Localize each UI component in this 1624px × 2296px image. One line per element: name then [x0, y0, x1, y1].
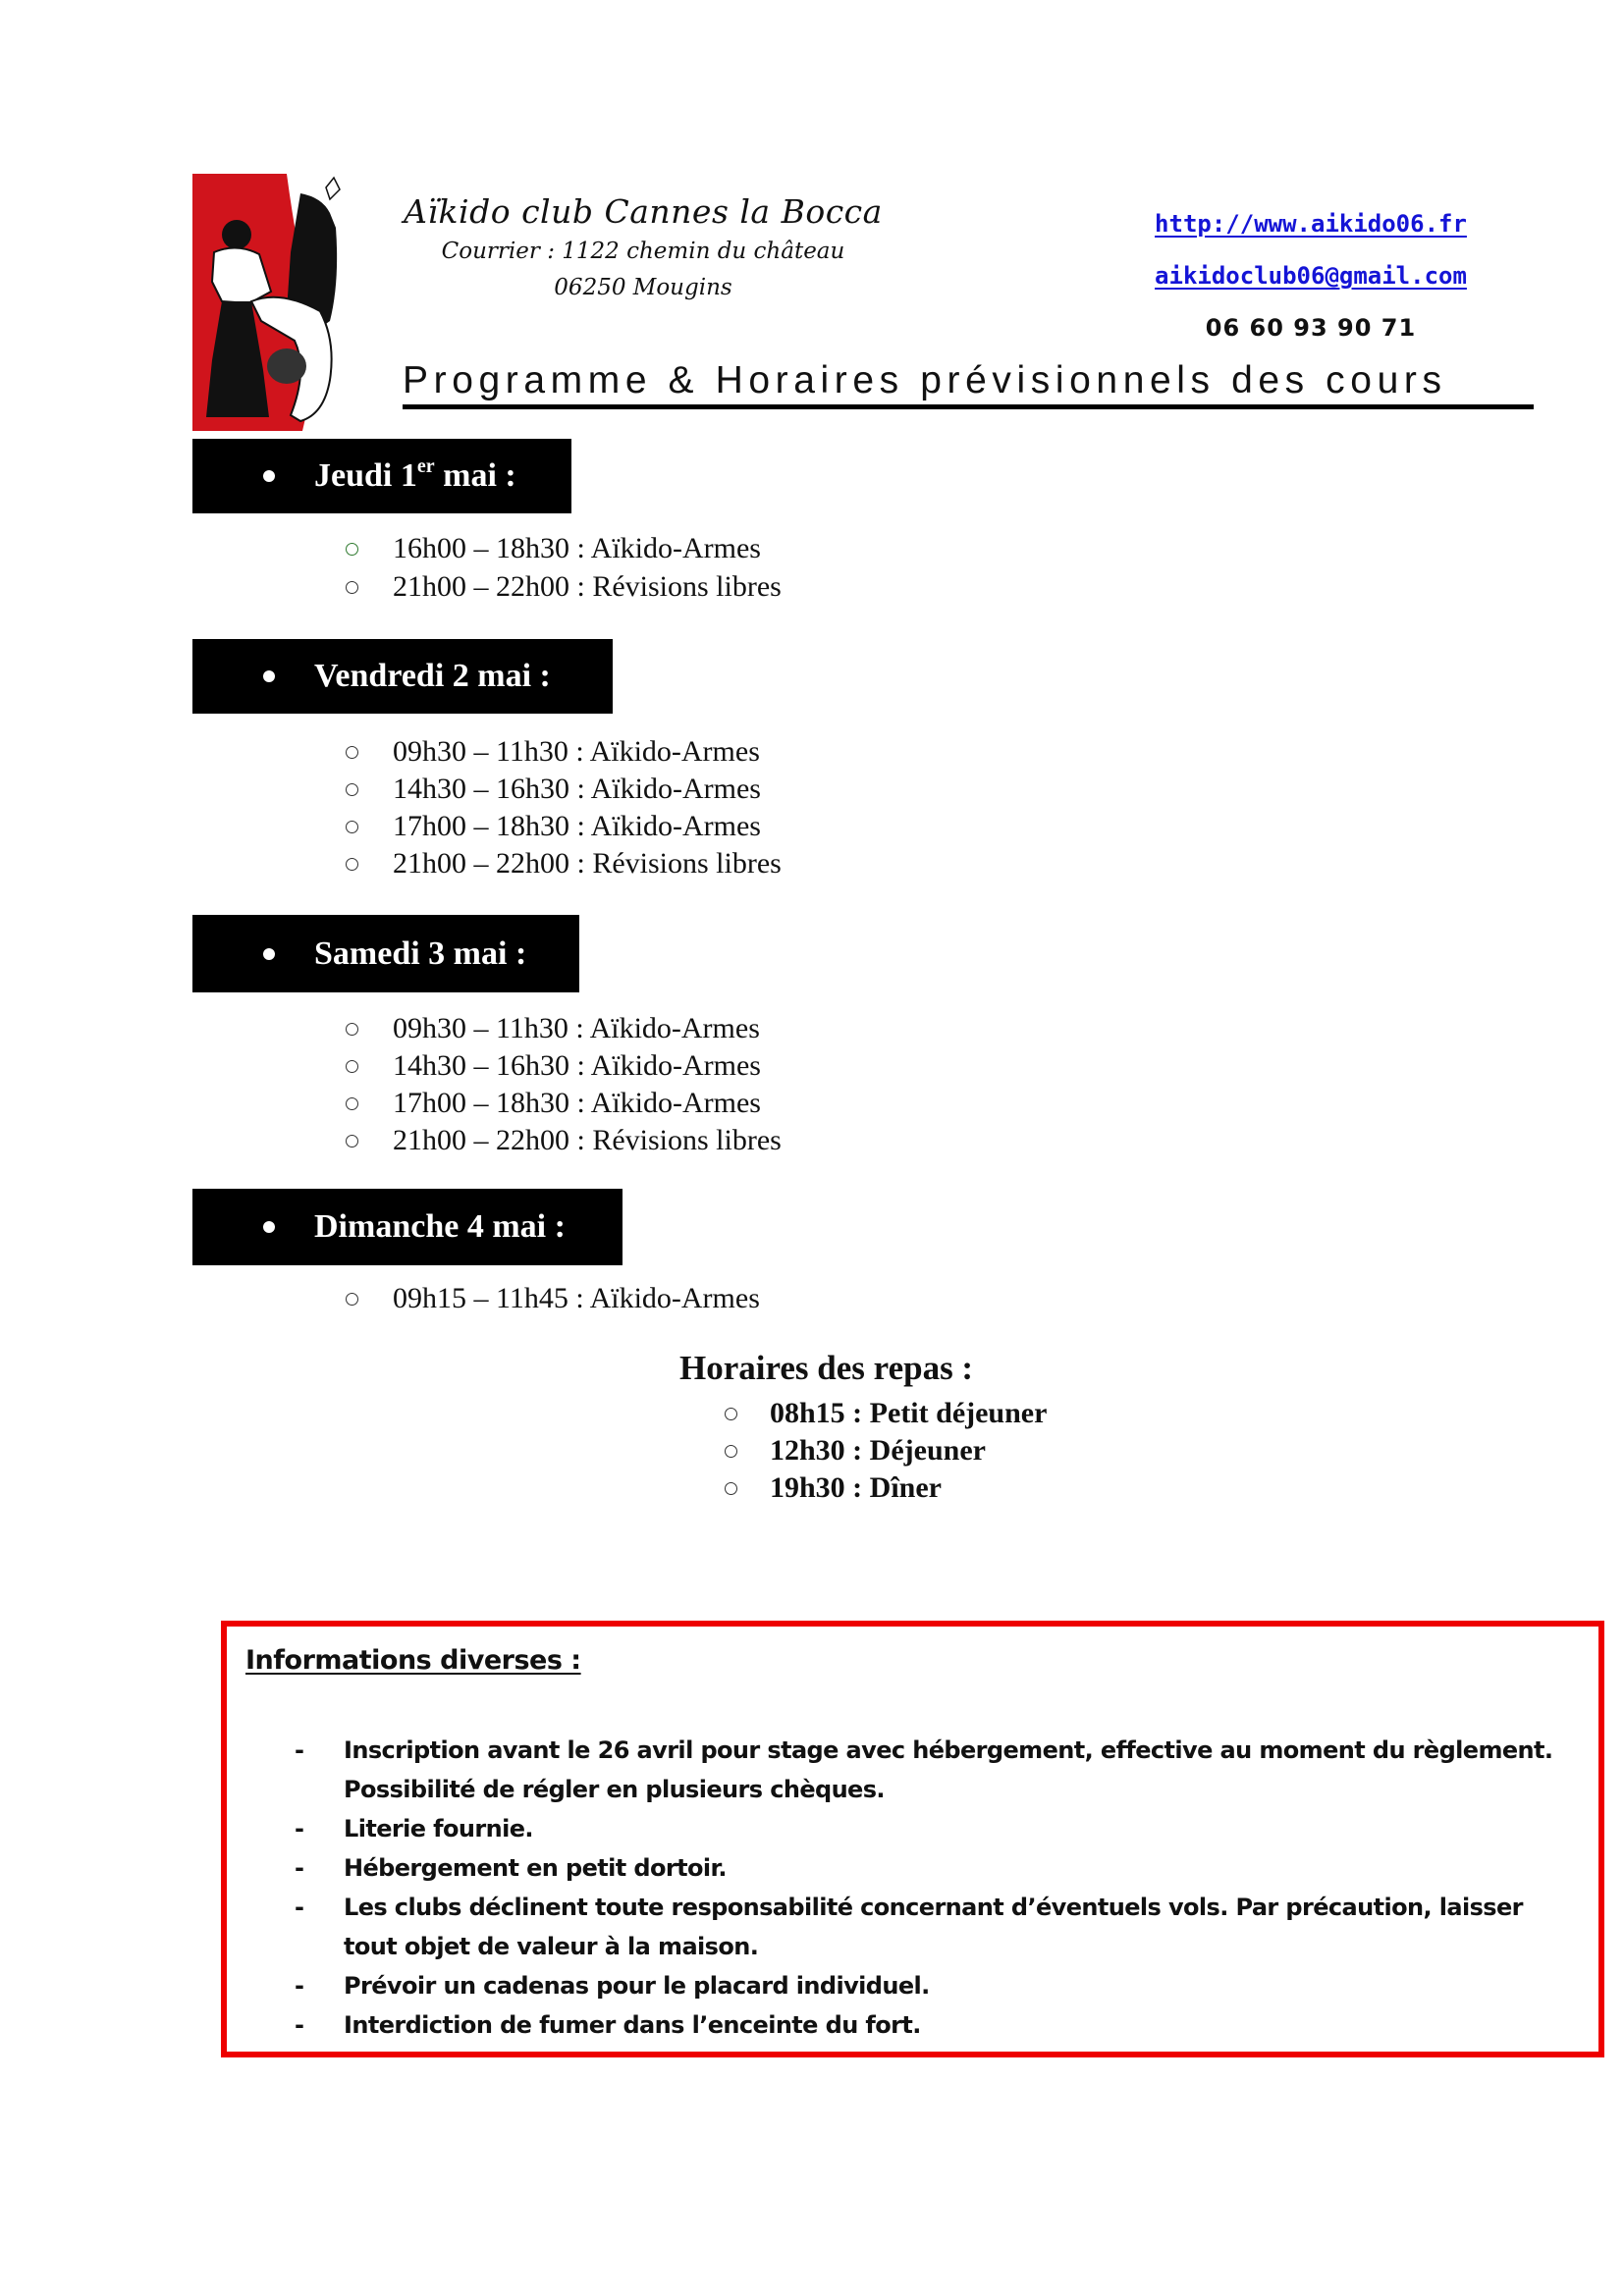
- circle-bullet-icon: [346, 581, 358, 594]
- info-list-item: -Inscription avant le 26 avril pour stag…: [295, 1731, 1561, 1809]
- dash-bullet-icon: -: [295, 2005, 303, 2045]
- dash-bullet-icon: -: [295, 1848, 303, 1888]
- club-name: Aïkido club Cannes la Bocca: [353, 192, 933, 231]
- info-heading: Informations diverses :: [245, 1645, 581, 1676]
- day-label: Samedi 3 mai :: [314, 915, 526, 992]
- day-header-dimanche: Dimanche 4 mai :: [192, 1189, 623, 1265]
- info-list-item: -Prévoir un cadenas pour le placard indi…: [295, 1966, 1561, 2005]
- website-link[interactable]: http://www.aikido06.fr: [1119, 210, 1502, 238]
- circle-bullet-icon: [346, 1023, 358, 1036]
- club-city: 06250 Mougins: [353, 275, 933, 300]
- circle-bullet-icon: [346, 783, 358, 796]
- bullet-icon: [263, 948, 275, 960]
- info-list-item: -Hébergement en petit dortoir.: [295, 1848, 1561, 1888]
- email-link[interactable]: aikidoclub06@gmail.com: [1119, 262, 1502, 290]
- meals-heading: Horaires des repas :: [679, 1349, 973, 1388]
- dash-bullet-icon: -: [295, 1731, 303, 1770]
- circle-bullet-icon: [346, 1060, 358, 1073]
- aikido-throw-icon: [192, 174, 379, 431]
- info-list-item: -Les clubs déclinent toute responsabilit…: [295, 1888, 1561, 1966]
- circle-bullet-icon: [346, 858, 358, 871]
- bullet-icon: [263, 670, 275, 682]
- day-label: Dimanche 4 mai :: [314, 1189, 566, 1265]
- phone-number: 06 60 93 90 71: [1119, 314, 1502, 342]
- club-logo: [192, 174, 379, 431]
- dash-bullet-icon: -: [295, 1888, 303, 1927]
- day-header-jeudi: Jeudi 1er mai :: [192, 439, 571, 513]
- circle-bullet-icon: [346, 543, 358, 556]
- info-list-item: -Interdiction de fumer dans l’enceinte d…: [295, 2005, 1561, 2045]
- day-label: Jeudi 1er mai :: [314, 439, 516, 513]
- circle-bullet-icon: [346, 1097, 358, 1110]
- circle-bullet-icon: [346, 1293, 358, 1306]
- circle-bullet-icon: [346, 821, 358, 833]
- day-label: Vendredi 2 mai :: [314, 639, 551, 714]
- circle-bullet-icon: [725, 1408, 737, 1420]
- dash-bullet-icon: -: [295, 1809, 303, 1848]
- info-list-item: -Literie fournie.: [295, 1809, 1561, 1848]
- dash-bullet-icon: -: [295, 1966, 303, 2005]
- page-title: Programme & Horaires prévisionnels des c…: [403, 361, 1534, 409]
- bullet-icon: [263, 470, 275, 482]
- day-header-samedi: Samedi 3 mai :: [192, 915, 579, 992]
- day-header-vendredi: Vendredi 2 mai :: [192, 639, 613, 714]
- circle-bullet-icon: [725, 1482, 737, 1495]
- circle-bullet-icon: [346, 746, 358, 759]
- club-address: Courrier : 1122 chemin du château: [353, 239, 933, 264]
- circle-bullet-icon: [725, 1445, 737, 1458]
- circle-bullet-icon: [346, 1135, 358, 1148]
- bullet-icon: [263, 1221, 275, 1233]
